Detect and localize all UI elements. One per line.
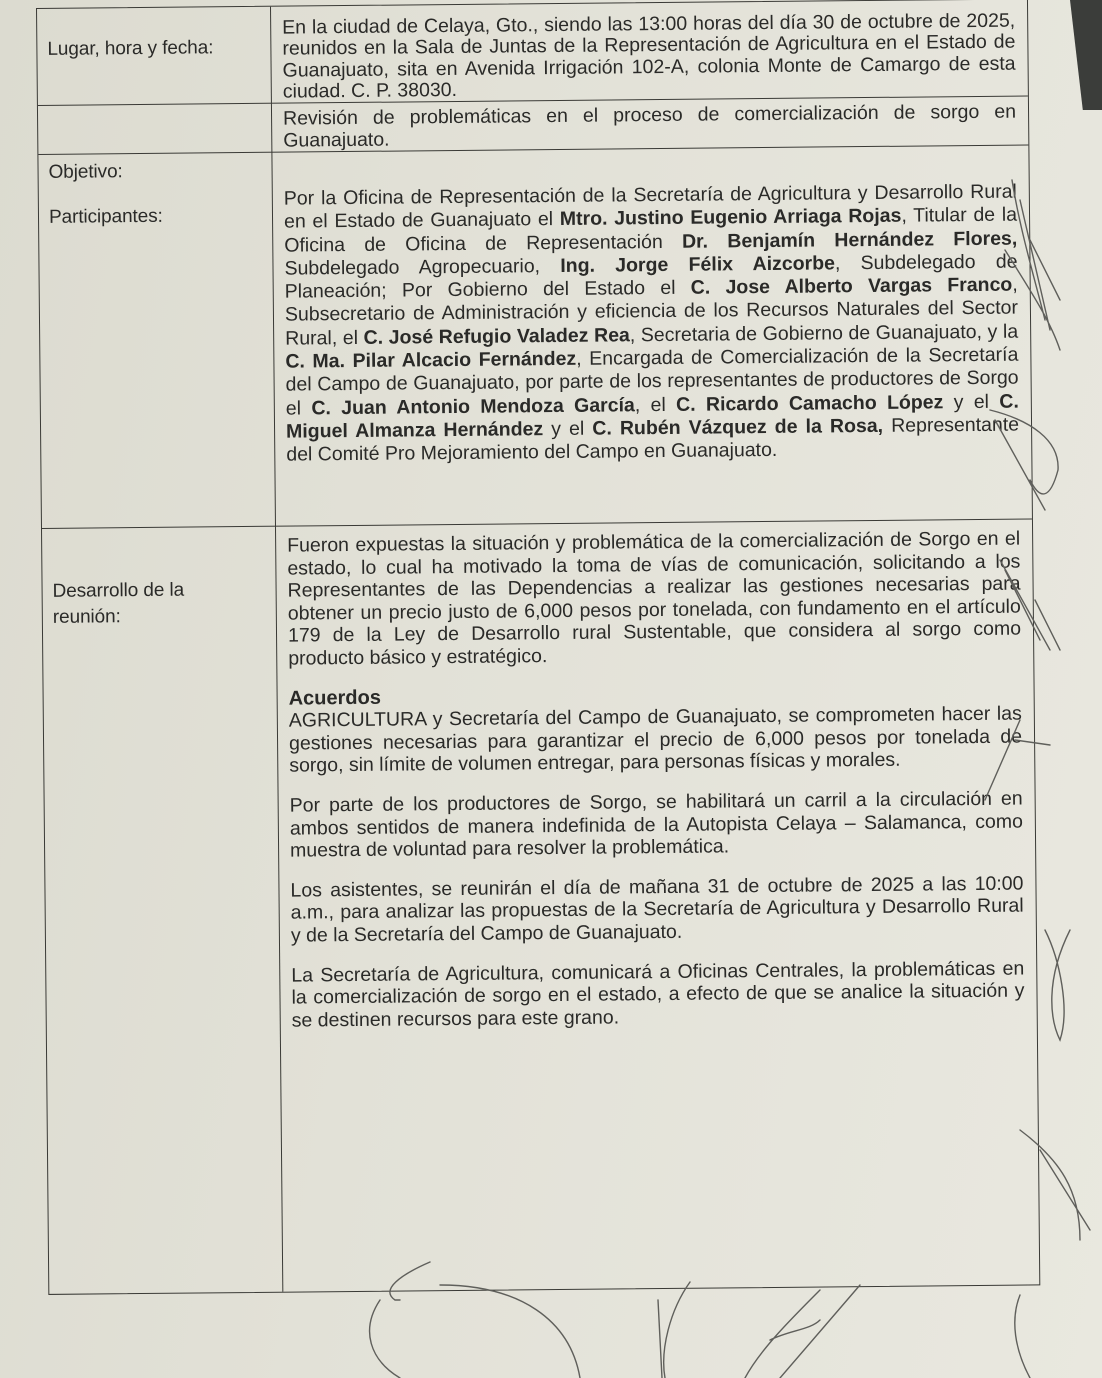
row-content: Por la Oficina de Representación de la S…: [284, 181, 1020, 468]
participant-text: , el: [635, 394, 677, 416]
participants-text: Por la Oficina de Representación de la S…: [284, 181, 1020, 468]
row-label: Participantes:: [49, 206, 163, 229]
participant-name: C. Juan Antonio Mendoza García: [311, 394, 635, 419]
row-content: Revisión de problemáticas en el proceso …: [283, 102, 1016, 152]
agreement-item: Los asistentes, se reunirán el día de ma…: [290, 872, 1024, 947]
agreement-item: AGRICULTURA y Secretaría del Campo de Gu…: [289, 703, 1023, 778]
participant-name: C. Ricardo Camacho López: [676, 391, 943, 416]
row-meeting-development: Desarrollo de la reunión: Fueron expuest…: [42, 518, 1039, 1296]
place-time-date-text: En la ciudad de Celaya, Gto., siendo las…: [282, 11, 1016, 103]
participant-name: Ing. Jorge Félix Aizcorbe: [560, 252, 835, 277]
participant-text: y el: [543, 418, 592, 440]
participant-name: C. José Refugio Valadez Rea: [363, 324, 629, 349]
participant-name: C. Jose Alberto Vargas Franco: [691, 274, 1013, 299]
objective-text: Revisión de problemáticas en el proceso …: [283, 102, 1016, 152]
row-content: Fueron expuestas la situación y problemá…: [287, 528, 1025, 1049]
agreements-list: AGRICULTURA y Secretaría del Campo de Gu…: [289, 703, 1025, 1032]
participant-name: Mtro. Justino Eugenio Arriaga Rojas: [560, 205, 902, 230]
row-participants: Participantes: Por la Oficina de Represe…: [38, 144, 1032, 528]
agreement-item: La Secretaría de Agricultura, comunicará…: [291, 957, 1025, 1032]
minutes-table: Lugar, hora y fecha: En la ciudad de Cel…: [36, 0, 1040, 1295]
participant-text: y el: [943, 390, 999, 413]
development-text: Fueron expuestas la situación y problemá…: [287, 528, 1021, 671]
participant-name: C. Ma. Pilar Alcacio Fernández: [285, 348, 576, 373]
row-label: Desarrollo de la reunión:: [52, 577, 252, 631]
row-content: En la ciudad de Celaya, Gto., siendo las…: [282, 11, 1016, 103]
participant-text: , Secretaria de Gobierno de Guanajuato, …: [630, 320, 1019, 346]
row-place-time-date: Lugar, hora y fecha: En la ciudad de Cel…: [37, 0, 1028, 105]
participant-name: Dr. Benjamín Hernández Flores,: [682, 227, 1017, 252]
row-label: Lugar, hora y fecha:: [47, 37, 213, 61]
participant-name: C. Rubén Vázquez de la Rosa,: [592, 415, 883, 440]
agreement-item: Por parte de los productores de Sorgo, s…: [290, 788, 1024, 863]
participant-text: Subdelegado Agropecuario,: [284, 255, 560, 280]
